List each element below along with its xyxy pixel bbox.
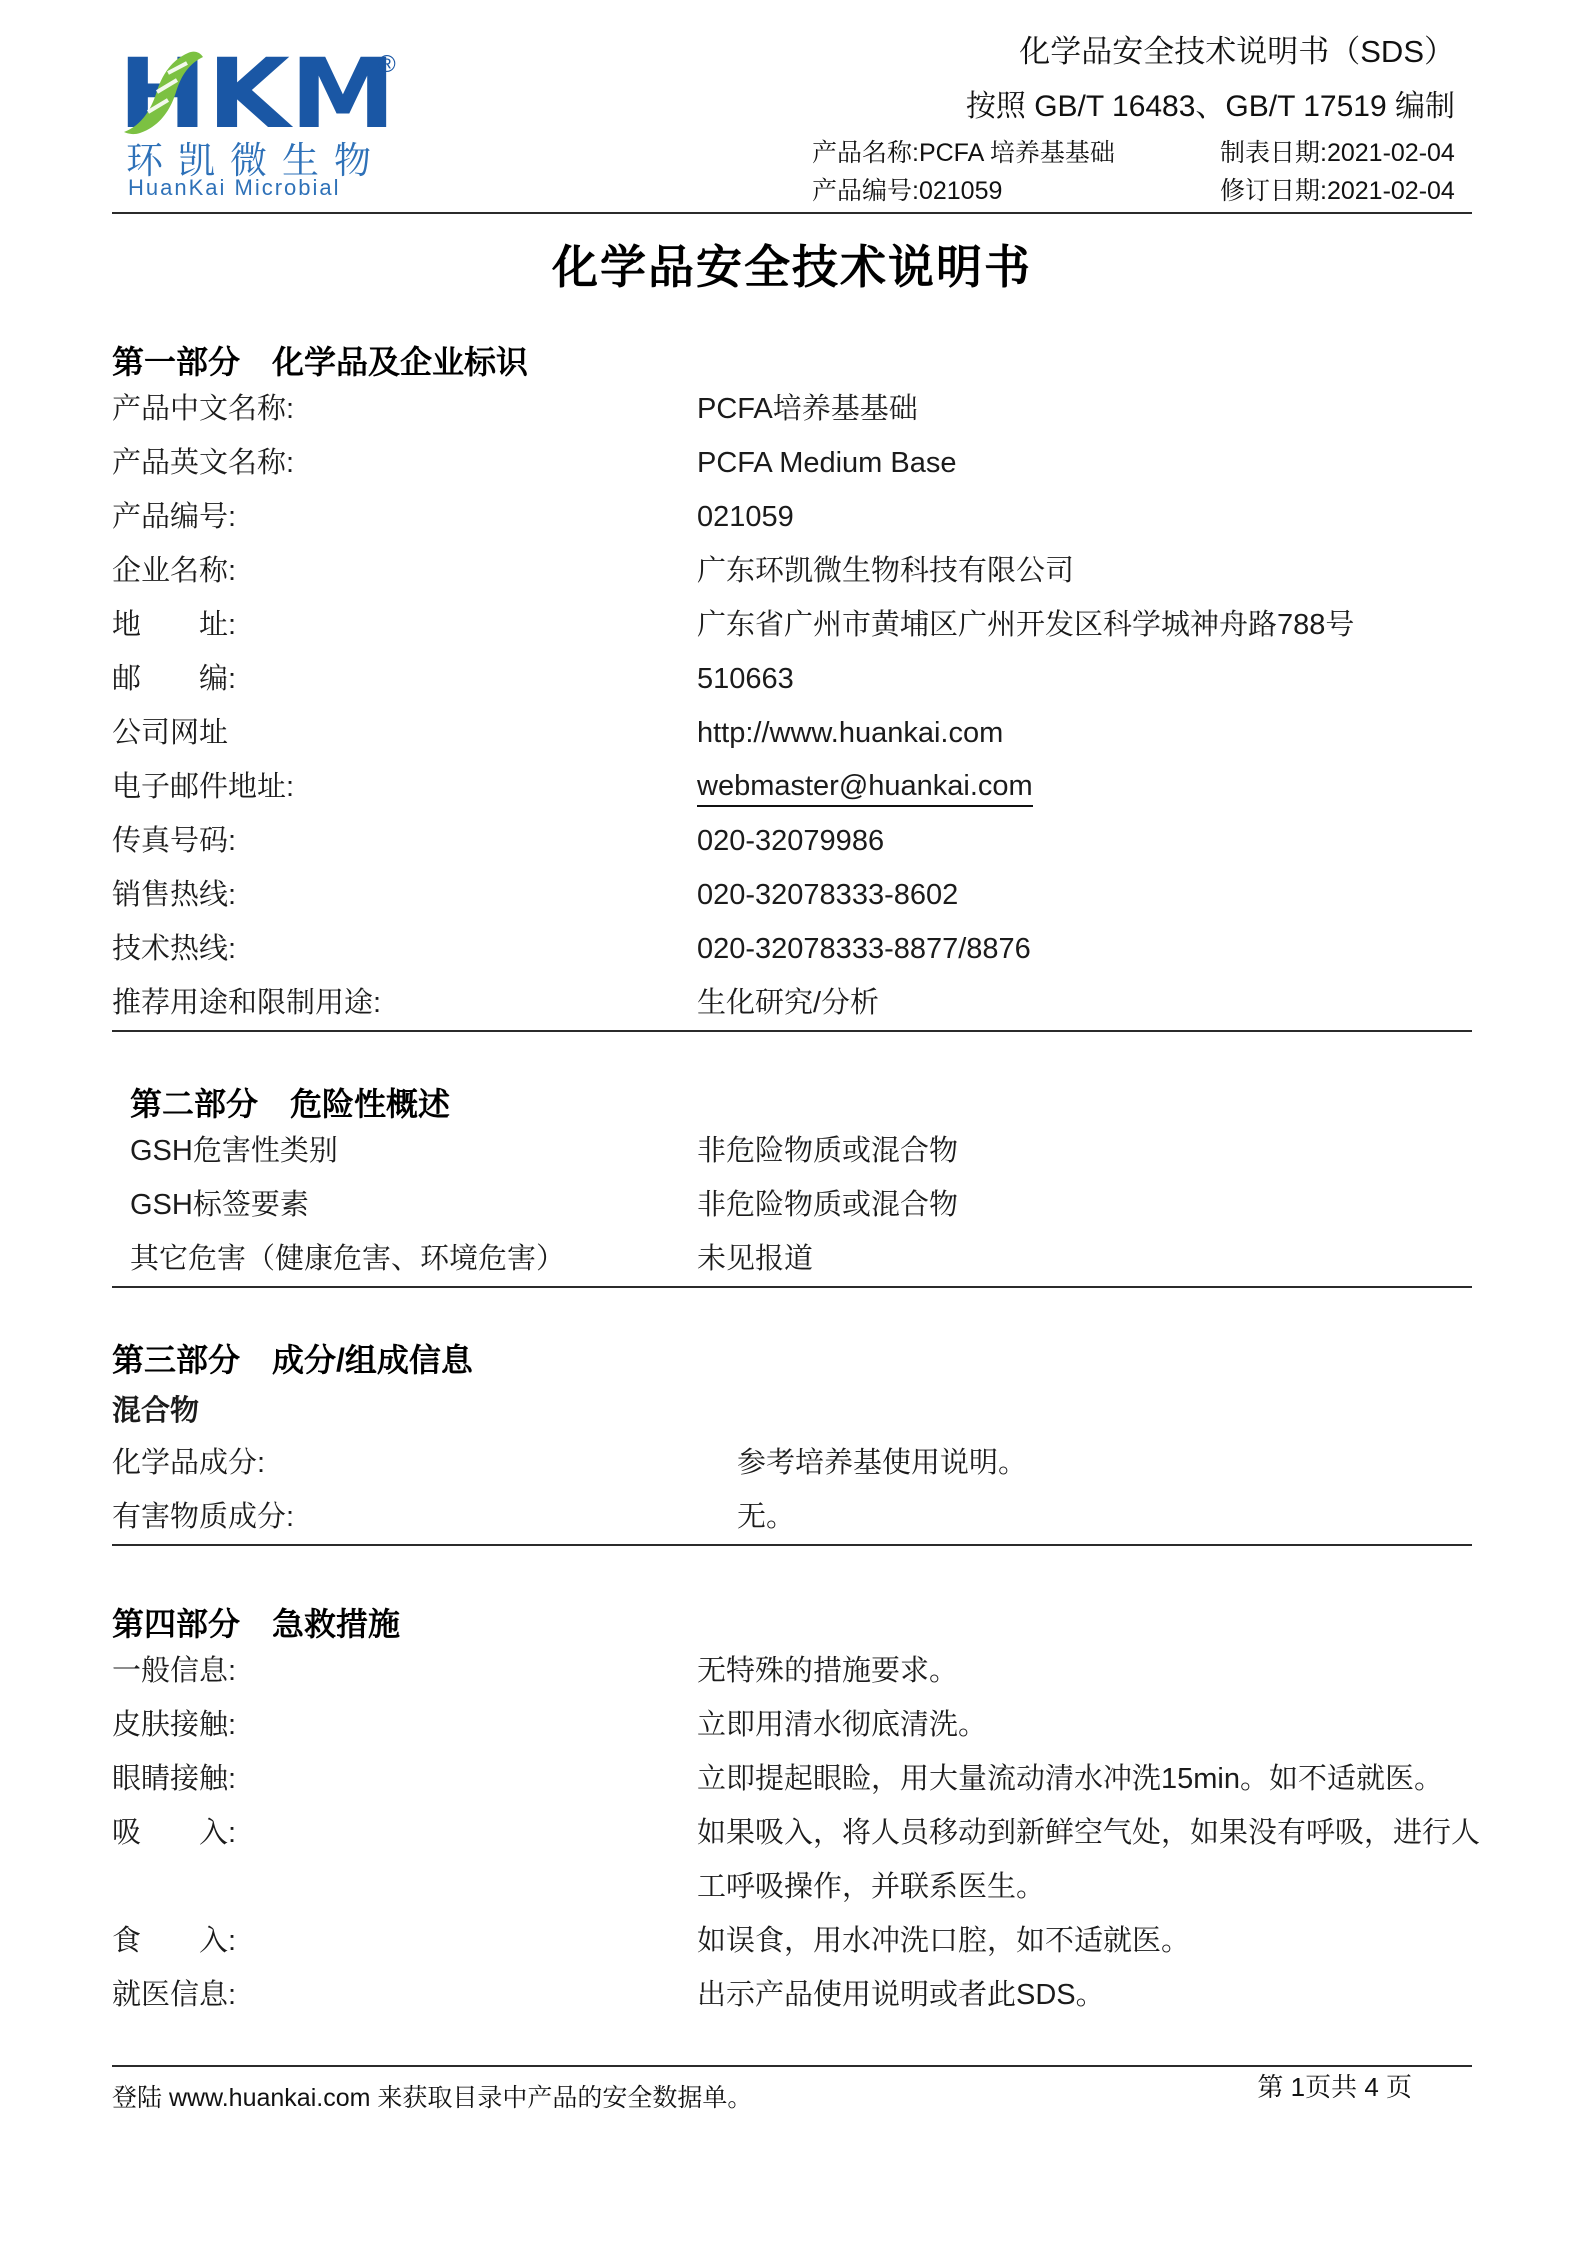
field-row: 推荐用途和限制用途: 生化研究/分析 <box>112 976 1472 1030</box>
page-footer: 登陆 www.huankai.com 来获取目录中产品的安全数据单。 第 1页共… <box>112 2065 1472 2113</box>
field-row: 吸 入: 如果吸入，将人员移动到新鲜空气处，如果没有呼吸，进行人工呼吸操作，并联… <box>112 1806 1472 1914</box>
section-divider <box>112 1544 1472 1546</box>
page-indicator: 第 1页共 4 页 <box>1257 2072 1412 2102</box>
create-date-value: 2021-02-04 <box>1327 139 1455 167</box>
field-label: 邮 编: <box>112 652 697 706</box>
section-1-rows: 产品中文名称: PCFA培养基基础 产品英文名称: PCFA Medium Ba… <box>112 382 1472 1030</box>
section-2-rows: GSH危害性类别 非危险物质或混合物 GSH标签要素 非危险物质或混合物 其它危… <box>112 1124 1472 1286</box>
field-row: 公司网址 http://www.huankai.com <box>112 706 1472 760</box>
field-value: 020-32078333-8602 <box>697 868 1497 922</box>
field-row: 传真号码: 020-32079986 <box>112 814 1472 868</box>
revise-date-label: 修订日期: <box>1220 177 1327 205</box>
field-label: 地 址: <box>112 598 697 652</box>
document-body: 化学品安全技术说明书 第一部分 化学品及企业标识 产品中文名称: PCFA培养基… <box>112 212 1472 2022</box>
field-row: 皮肤接触: 立即用清水彻底清洗。 <box>112 1698 1472 1752</box>
field-value: 生化研究/分析 <box>697 976 1497 1030</box>
product-code: 产品编号:021059 <box>812 176 1002 206</box>
header-info-row: 产品编号:021059 修订日期:2021-02-04 <box>112 176 1472 206</box>
field-row: 地 址: 广东省广州市黄埔区广州开发区科学城神舟路788号 <box>112 598 1472 652</box>
field-label: 就医信息: <box>112 1968 697 2022</box>
field-label: 其它危害（健康危害、环境危害） <box>112 1232 697 1286</box>
field-value: 参考培养基使用说明。 <box>697 1436 1497 1490</box>
section-divider <box>112 1030 1472 1032</box>
field-label: 技术热线: <box>112 922 697 976</box>
field-row: 有害物质成分: 无。 <box>112 1490 1472 1544</box>
field-label: 产品中文名称: <box>112 382 697 436</box>
sds-page: HKM ® 环凯微生物 HuanKai Microbial 化学品安全技术说明书… <box>0 0 1587 2245</box>
field-row: 眼睛接触: 立即提起眼睑，用大量流动清水冲洗15min。如不适就医。 <box>112 1752 1472 1806</box>
footer-note: 登陆 www.huankai.com 来获取目录中产品的安全数据单。 <box>112 2083 752 2113</box>
field-value: 020-32078333-8877/8876 <box>697 922 1497 976</box>
section-4-heading: 第四部分 急救措施 <box>112 1604 1472 1644</box>
create-date: 制表日期:2021-02-04 <box>1220 138 1455 168</box>
field-label: 皮肤接触: <box>112 1698 697 1752</box>
revise-date-value: 2021-02-04 <box>1327 177 1455 205</box>
field-label: 有害物质成分: <box>112 1490 697 1544</box>
field-row: 企业名称: 广东环凯微生物科技有限公司 <box>112 544 1472 598</box>
field-row: GSH危害性类别 非危险物质或混合物 <box>112 1124 1472 1178</box>
field-label: 吸 入: <box>112 1806 697 1914</box>
field-value: 021059 <box>697 490 1497 544</box>
field-value: PCFA培养基基础 <box>697 382 1497 436</box>
field-label: 公司网址 <box>112 706 697 760</box>
field-value: 立即提起眼睑，用大量流动清水冲洗15min。如不适就医。 <box>697 1752 1497 1806</box>
field-value: 无。 <box>697 1490 1497 1544</box>
field-label: 产品编号: <box>112 490 697 544</box>
field-value: 非危险物质或混合物 <box>697 1178 1497 1232</box>
product-code-value: 021059 <box>919 177 1002 205</box>
section-divider <box>112 1286 1472 1288</box>
field-value: PCFA Medium Base <box>697 436 1497 490</box>
field-label: 企业名称: <box>112 544 697 598</box>
field-label: 电子邮件地址: <box>112 760 697 814</box>
page-header: HKM ® 环凯微生物 HuanKai Microbial 化学品安全技术说明书… <box>112 0 1472 214</box>
field-label: 传真号码: <box>112 814 697 868</box>
website-url: http://www.huankai.com <box>697 706 1497 760</box>
product-code-label: 产品编号: <box>812 177 919 205</box>
field-label: 推荐用途和限制用途: <box>112 976 697 1030</box>
field-label: 产品英文名称: <box>112 436 697 490</box>
doc-type: 化学品安全技术说明书（SDS） <box>1019 34 1455 70</box>
section-3-rows: 化学品成分: 参考培养基使用说明。 有害物质成分: 无。 <box>112 1436 1472 1544</box>
revise-date: 修订日期:2021-02-04 <box>1220 176 1455 206</box>
field-value: 如果吸入，将人员移动到新鲜空气处，如果没有呼吸，进行人工呼吸操作，并联系医生。 <box>697 1806 1497 1914</box>
field-value: 立即用清水彻底清洗。 <box>697 1698 1497 1752</box>
field-value: 非危险物质或混合物 <box>697 1124 1497 1178</box>
field-label: 眼睛接触: <box>112 1752 697 1806</box>
field-row: 销售热线: 020-32078333-8602 <box>112 868 1472 922</box>
field-row: 产品编号: 021059 <box>112 490 1472 544</box>
document-title: 化学品安全技术说明书 <box>112 238 1472 296</box>
field-row: 技术热线: 020-32078333-8877/8876 <box>112 922 1472 976</box>
field-value: 广东省广州市黄埔区广州开发区科学城神舟路788号 <box>697 598 1497 652</box>
product-name-label: 产品名称: <box>812 139 919 167</box>
field-value: 出示产品使用说明或者此SDS。 <box>697 1968 1497 2022</box>
field-label: 销售热线: <box>112 868 697 922</box>
field-row: 其它危害（健康危害、环境危害） 未见报道 <box>112 1232 1472 1286</box>
field-row: 就医信息: 出示产品使用说明或者此SDS。 <box>112 1968 1472 2022</box>
field-value: 未见报道 <box>697 1232 1497 1286</box>
section-4-rows: 一般信息: 无特殊的措施要求。 皮肤接触: 立即用清水彻底清洗。 眼睛接触: 立… <box>112 1644 1472 2022</box>
field-value: 如误食，用水冲洗口腔，如不适就医。 <box>697 1914 1497 1968</box>
product-name-value: PCFA 培养基基础 <box>919 139 1115 167</box>
field-label: 化学品成分: <box>112 1436 697 1490</box>
field-row: 产品中文名称: PCFA培养基基础 <box>112 382 1472 436</box>
field-value: 无特殊的措施要求。 <box>697 1644 1497 1698</box>
section-2-heading: 第二部分 危险性概述 <box>112 1084 1472 1124</box>
field-label: 食 入: <box>112 1914 697 1968</box>
section-1-heading: 第一部分 化学品及企业标识 <box>112 342 1472 382</box>
field-value: 020-32079986 <box>697 814 1497 868</box>
field-row: GSH标签要素 非危险物质或混合物 <box>112 1178 1472 1232</box>
field-row: 化学品成分: 参考培养基使用说明。 <box>112 1436 1472 1490</box>
registered-mark: ® <box>378 51 396 78</box>
field-row: 食 入: 如误食，用水冲洗口腔，如不适就医。 <box>112 1914 1472 1968</box>
create-date-label: 制表日期: <box>1220 139 1327 167</box>
standard-reference: 按照 GB/T 16483、GB/T 17519 编制 <box>966 90 1455 124</box>
field-row: 产品英文名称: PCFA Medium Base <box>112 436 1472 490</box>
field-label: GSH标签要素 <box>112 1178 697 1232</box>
header-info-row: 产品名称:PCFA 培养基基础 制表日期:2021-02-04 <box>112 138 1472 168</box>
section-3-heading: 第三部分 成分/组成信息 <box>112 1340 1472 1380</box>
field-value: 510663 <box>697 652 1497 706</box>
product-name: 产品名称:PCFA 培养基基础 <box>812 138 1115 168</box>
mixture-subheading: 混合物 <box>112 1386 1472 1436</box>
field-row: 一般信息: 无特殊的措施要求。 <box>112 1644 1472 1698</box>
email-link[interactable]: webmaster@huankai.com <box>697 768 1033 807</box>
field-value: 广东环凯微生物科技有限公司 <box>697 544 1497 598</box>
field-label: 一般信息: <box>112 1644 697 1698</box>
field-label: GSH危害性类别 <box>112 1124 697 1178</box>
field-row: 邮 编: 510663 <box>112 652 1472 706</box>
field-row: 电子邮件地址: webmaster@huankai.com <box>112 760 1472 814</box>
